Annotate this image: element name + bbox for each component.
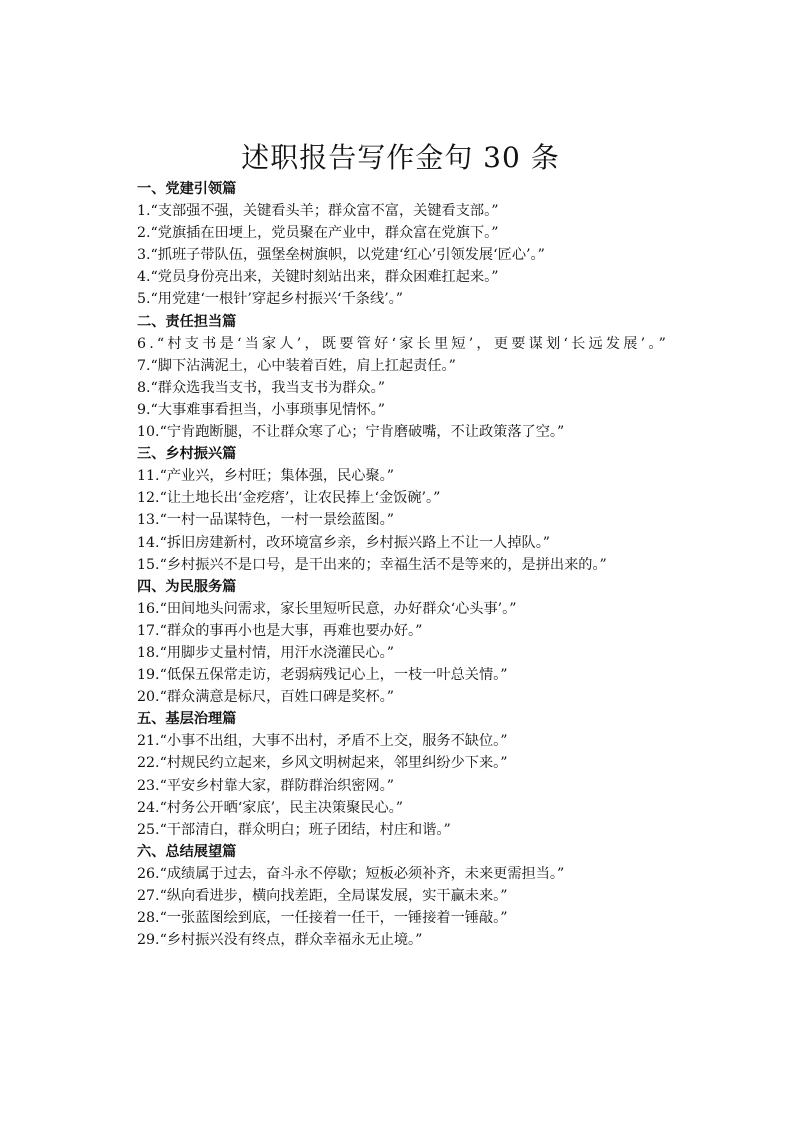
section-heading: 五、基层治理篇 — [108, 708, 693, 730]
list-item: 27.“纵向看进步，横向找差距，全局谋发展，实干赢未来。” — [108, 885, 693, 907]
section-party-building: 一、党建引领篇 1.“支部强不强，关键看头羊；群众富不富，关键看支部。” 2.“… — [108, 178, 693, 311]
list-item: 23.“平安乡村靠大家，群防群治织密网。” — [108, 775, 693, 797]
list-item: 28.“一张蓝图绘到底，一任接着一任干，一锤接着一锤敲。” — [108, 907, 693, 929]
list-item: 2.“党旗插在田埂上，党员聚在产业中，群众富在党旗下。” — [108, 222, 693, 244]
list-item: 3.“抓班子带队伍，强堡垒树旗帜，以党建‘红心’引领发展‘匠心’。” — [108, 244, 693, 266]
list-item: 22.“村规民约立起来，乡风文明树起来，邻里纠纷少下来。” — [108, 752, 693, 774]
list-item: 14.“拆旧房建新村，改环境富乡亲，乡村振兴路上不让一人掉队。” — [108, 532, 693, 554]
section-public-service: 四、为民服务篇 16.“田间地头问需求，家长里短听民意，办好群众‘心头事’。” … — [108, 576, 693, 709]
section-grassroots-governance: 五、基层治理篇 21.“小事不出组，大事不出村，矛盾不上交，服务不缺位。” 22… — [108, 708, 693, 841]
list-item: 13.“一村一品谋特色，一村一景绘蓝图。” — [108, 509, 693, 531]
list-item: 20.“群众满意是标尺，百姓口碑是奖杯。” — [108, 686, 693, 708]
section-summary-outlook: 六、总结展望篇 26.“成绩属于过去，奋斗永不停歇；短板必须补齐，未来更需担当。… — [108, 841, 693, 951]
list-item: 16.“田间地头问需求，家长里短听民意，办好群众‘心头事’。” — [108, 598, 693, 620]
list-item: 7.“脚下沾满泥土，心中装着百姓，肩上扛起责任。” — [108, 355, 693, 377]
section-heading: 一、党建引领篇 — [108, 178, 693, 200]
list-item: 26.“成绩属于过去，奋斗永不停歇；短板必须补齐，未来更需担当。” — [108, 863, 693, 885]
document-title: 述职报告写作金句 30 条 — [108, 138, 693, 178]
section-heading: 三、乡村振兴篇 — [108, 443, 693, 465]
list-item: 9.“大事难事看担当，小事琐事见情怀。” — [108, 399, 693, 421]
list-item: 5.“用党建‘一根针’穿起乡村振兴‘千条线’。” — [108, 288, 693, 310]
list-item: 15.“乡村振兴不是口号，是干出来的；幸福生活不是等来的，是拼出来的。” — [108, 554, 693, 576]
list-item: 29.“乡村振兴没有终点，群众幸福永无止境。” — [108, 929, 693, 951]
list-item: 12.“让土地长出‘金疙瘩’，让农民捧上‘金饭碗’。” — [108, 487, 693, 509]
list-item: 8.“群众选我当支书，我当支书为群众。” — [108, 377, 693, 399]
list-item: 11.“产业兴，乡村旺；集体强，民心聚。” — [108, 465, 693, 487]
list-item: 25.“干部清白，群众明白；班子团结，村庄和谐。” — [108, 819, 693, 841]
list-item: 21.“小事不出组，大事不出村，矛盾不上交，服务不缺位。” — [108, 730, 693, 752]
section-responsibility: 二、责任担当篇 6.“村支书是‘当家人’，既要管好‘家长里短’，更要谋划‘长远发… — [108, 311, 693, 444]
list-item: 10.“宁肯跑断腿，不让群众寒了心；宁肯磨破嘴，不让政策落了空。” — [108, 421, 693, 443]
list-item: 24.“村务公开晒‘家底’，民主决策聚民心。” — [108, 797, 693, 819]
section-heading: 二、责任担当篇 — [108, 311, 693, 333]
section-rural-revitalization: 三、乡村振兴篇 11.“产业兴，乡村旺；集体强，民心聚。” 12.“让土地长出‘… — [108, 443, 693, 576]
document-page: 述职报告写作金句 30 条 一、党建引领篇 1.“支部强不强，关键看头羊；群众富… — [108, 138, 693, 951]
list-item: 18.“用脚步丈量村情，用汗水浇灌民心。” — [108, 642, 693, 664]
list-item: 19.“低保五保常走访，老弱病残记心上，一枝一叶总关情。” — [108, 664, 693, 686]
list-item: 17.“群众的事再小也是大事，再难也要办好。” — [108, 620, 693, 642]
list-item: 4.“党员身份亮出来，关键时刻站出来，群众困难扛起来。” — [108, 266, 693, 288]
list-item: 6.“村支书是‘当家人’，既要管好‘家长里短’，更要谋划‘长远发展’。” — [108, 333, 693, 355]
document-body: 一、党建引领篇 1.“支部强不强，关键看头羊；群众富不富，关键看支部。” 2.“… — [108, 178, 693, 951]
section-heading: 六、总结展望篇 — [108, 841, 693, 863]
section-heading: 四、为民服务篇 — [108, 576, 693, 598]
list-item: 1.“支部强不强，关键看头羊；群众富不富，关键看支部。” — [108, 200, 693, 222]
